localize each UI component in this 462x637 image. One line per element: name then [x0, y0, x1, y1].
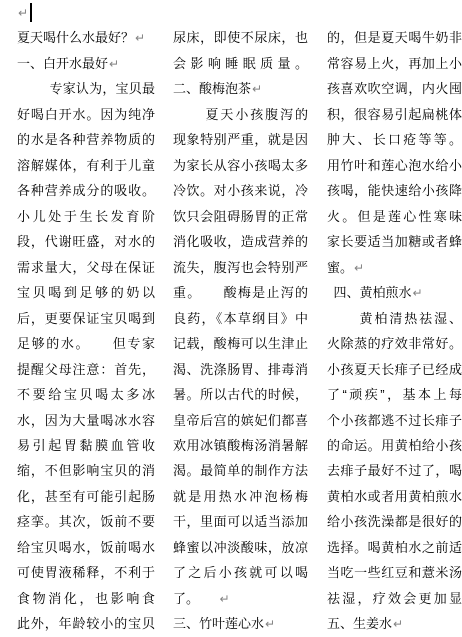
text-line[interactable]: 家长要适当加糖或者蜂	[327, 229, 462, 254]
text-line[interactable]	[173, 0, 308, 25]
text-line[interactable]: 化，甚至有可能引起肠	[17, 484, 155, 509]
text-line[interactable]: 段，代谢旺盛，对水的	[17, 229, 155, 254]
text-line[interactable]: 火除蒸的疗效非常好。	[327, 331, 462, 356]
line-text: 溶解媒体，有利于儿童	[17, 158, 155, 173]
text-line[interactable]: 宝贝喝到足够的奶以	[17, 280, 155, 305]
text-line[interactable]: 火。但是莲心性寒味苦，	[327, 204, 462, 229]
line-text: 蜂蜜以冲淡酸味，放凉	[173, 540, 308, 555]
text-line[interactable]: 重。 酸梅是止泻的	[173, 280, 308, 305]
line-text: 的，但是夏天喝牛奶非	[327, 30, 462, 45]
text-line[interactable]: 一、白开水最好↵	[17, 51, 155, 76]
line-text: 就是用热水冲泡杨梅	[173, 489, 308, 504]
text-line[interactable]: 黄柏清热祛湿、泻	[327, 306, 462, 331]
line-text: 了“顽疾”，基本上每	[327, 387, 462, 402]
line-text: 现象特别严重，就是因	[173, 132, 308, 147]
text-line[interactable]: 饮只会阻碍肠胃的正常	[173, 204, 308, 229]
line-text: 渴、洗涤肠胃、排毒消	[173, 362, 308, 377]
text-line[interactable]: 干，里面可以适当添加	[173, 509, 308, 534]
line-text: 一、白开水最好	[17, 56, 108, 71]
text-line[interactable]: 小儿处于生长发育阶	[17, 204, 155, 229]
line-text: 痉挛。其次，饭前不要	[17, 514, 155, 529]
line-text: 小儿处于生长发育阶	[17, 209, 155, 224]
paragraph-mark-icon: ↵	[18, 6, 28, 20]
line-text: 四、黄柏煎水	[334, 285, 412, 300]
text-line[interactable]: 常容易上火，再加上小	[327, 51, 462, 76]
paragraph-mark-icon: ↵	[354, 261, 364, 275]
line-text: 火除蒸的疗效非常好。	[327, 336, 462, 351]
text-line[interactable]: 足够的水。 但专家	[17, 331, 155, 356]
text-line[interactable]: 溶解媒体，有利于儿童	[17, 153, 155, 178]
line-text: 了之后小孩就可以喝	[173, 565, 308, 580]
text-line[interactable]: 选择。喝黄柏水之前适	[327, 535, 462, 560]
line-text: 水，因为大量喝冰水容	[17, 413, 155, 428]
text-line[interactable]: 个小孩都逃不过长痱子	[327, 408, 462, 433]
text-line[interactable]: 三、竹叶莲心水↵	[173, 611, 308, 636]
text-line[interactable]: 专家认为，宝贝最	[17, 76, 155, 101]
line-text: 个小孩都逃不过长痱子	[327, 413, 462, 428]
text-line[interactable]: 的水是各种营养物质的	[17, 127, 155, 152]
text-line[interactable]: 皇帝后宫的嫔妃们都喜	[173, 408, 308, 433]
text-line[interactable]: 去痱子最好不过了，喝	[327, 458, 462, 483]
text-line[interactable]: 孩喜欢吹空调，内火囤	[327, 76, 462, 101]
line-text: 不要给宝贝喝太多冰	[17, 387, 155, 402]
text-line[interactable]: 会影响睡眠质量。	[173, 51, 308, 76]
text-line[interactable]: 后，更要保证宝贝喝到	[17, 306, 155, 331]
line-text: 肿大、长口疮等等。	[327, 132, 462, 147]
line-text: 记载，酸梅可以生津止	[173, 336, 308, 351]
line-text: 各种营养成分的吸收。	[17, 183, 155, 198]
line-text: 化，甚至有可能引起肠	[17, 489, 155, 504]
line-text: 黄柏清热祛湿、泻	[360, 311, 462, 331]
line-text: 宝贝喝到足够的奶以	[17, 285, 155, 300]
text-line[interactable]: 五、生姜水↵	[327, 611, 462, 636]
text-line[interactable]: 好喝白开水。因为纯净	[17, 102, 155, 127]
line-text: 可使胃液稀释，不利于	[17, 565, 155, 580]
text-line[interactable]: 各种营养成分的吸收。	[17, 178, 155, 203]
paragraph-mark-icon: ↵	[393, 617, 403, 631]
paragraph-mark-icon: ↵	[413, 286, 423, 300]
text-line[interactable]: 为家长从容小孩喝太多	[173, 153, 308, 178]
text-line[interactable]: 欢用冰镇酸梅汤消暑解	[173, 433, 308, 458]
line-text: 祛湿，疗效会更加显著。	[327, 591, 462, 611]
text-line[interactable]: 尿床，即使不尿床，也	[173, 25, 308, 50]
text-line[interactable]: 渴。最简单的制作方法	[173, 458, 308, 483]
text-line[interactable]: 了。 ↵	[173, 586, 308, 611]
text-line[interactable]: 需求量大，父母在保证	[17, 255, 155, 280]
line-text: 孩喜欢吹空调，内火囤	[327, 81, 462, 96]
line-text: 尿床，即使不尿床，也	[173, 30, 308, 45]
text-line[interactable]: 不要给宝贝喝太多冰	[17, 382, 155, 407]
line-text: 会影响睡眠质量。	[173, 56, 308, 71]
line-text: 积，很容易引起扁桃体	[327, 107, 462, 122]
line-text: 夏天喝什么水最好？	[17, 30, 134, 45]
line-text: 常容易上火，再加上小	[327, 56, 462, 71]
text-line[interactable]: 消化吸收，造成营养的	[173, 229, 308, 254]
line-text: 段，代谢旺盛，对水的	[17, 234, 155, 249]
paragraph-mark-icon: ↵	[109, 57, 119, 71]
paragraph-mark-icon: ↵	[135, 31, 145, 45]
line-text: 干，里面可以适当添加	[173, 514, 308, 529]
line-text: 三、竹叶莲心水	[173, 616, 264, 631]
line-text: 易引起胃黏膜血管收	[17, 438, 155, 453]
line-text: 消化吸收，造成营养的	[173, 234, 308, 249]
text-line[interactable]: 痉挛。其次，饭前不要	[17, 509, 155, 534]
text-line[interactable]: 当吃一些红豆和薏米汤	[327, 560, 462, 585]
text-line[interactable]: 易引起胃黏膜血管收	[17, 433, 155, 458]
line-text: 重。 酸梅是止泻的	[173, 285, 308, 300]
line-text: 缩，不但影响宝贝的消	[17, 463, 155, 478]
paragraph-mark-icon: ↵	[265, 617, 275, 631]
line-text: 流失，腹泻也会特别严	[173, 260, 308, 275]
text-line[interactable]: 流失，腹泻也会特别严	[173, 255, 308, 280]
text-line[interactable]: 二、酸梅泡茶↵	[173, 76, 308, 101]
text-line[interactable]: 黄柏水或者用黄柏煎水	[327, 484, 462, 509]
text-line[interactable]: 就是用热水冲泡杨梅	[173, 484, 308, 509]
text-line[interactable]: 夏天小孩腹泻的	[173, 102, 308, 127]
text-line[interactable]: 现象特别严重，就是因	[173, 127, 308, 152]
text-line[interactable]: 了之后小孩就可以喝	[173, 560, 308, 585]
text-line[interactable]: 水，因为大量喝冰水容	[17, 408, 155, 433]
line-text: 的水是各种营养物质的	[17, 132, 155, 147]
text-line[interactable]: 四、黄柏煎水↵	[327, 280, 462, 305]
text-line[interactable]: 的，但是夏天喝牛奶非	[327, 25, 462, 50]
text-line[interactable]: 良药，《本草纲目》中有	[173, 306, 308, 331]
line-text: 家长要适当加糖或者蜂	[327, 234, 462, 249]
line-text: 好喝白开水。因为纯净	[17, 107, 155, 122]
line-text: 小孩夏天长痱子已经成	[327, 362, 462, 377]
text-line[interactable]: 蜂蜜以冲淡酸味，放凉	[173, 535, 308, 560]
line-text: 皇帝后宫的嫔妃们都喜	[173, 413, 308, 428]
text-line[interactable]: 冷饮。对小孩来说，冷	[173, 178, 308, 203]
text-line[interactable]: 食物消化，也影响食欲。	[17, 586, 155, 611]
text-line[interactable]: 了“顽疾”，基本上每	[327, 382, 462, 407]
line-text: 当吃一些红豆和薏米汤	[327, 565, 462, 580]
line-text: 后，更要保证宝贝喝到	[17, 311, 155, 326]
line-text: 欢用冰镇酸梅汤消暑解	[173, 438, 308, 453]
line-text: 给宝贝喝水，饭前喝水	[17, 540, 155, 555]
text-line[interactable]: 小孩夏天长痱子已经成	[327, 357, 462, 382]
paragraph-mark-icon: ↵	[220, 592, 230, 606]
line-text: 此外，年龄较小的宝贝	[17, 616, 155, 631]
line-text: 暑。所以古代的时候，	[173, 387, 308, 402]
text-line[interactable]: 的命运。用黄柏给小孩	[327, 433, 462, 458]
paragraph-mark-icon: ↵	[252, 82, 262, 96]
text-line[interactable]: 祛湿，疗效会更加显著。	[327, 586, 462, 611]
text-line[interactable]: 用竹叶和莲心泡水给小	[327, 153, 462, 178]
line-text: 夏天小孩腹泻的	[206, 107, 309, 122]
text-column-2[interactable]: 尿床，即使不尿床，也会影响睡眠质量。二、酸梅泡茶↵夏天小孩腹泻的现象特别严重，就…	[173, 0, 308, 637]
text-line[interactable]: 缩，不但影响宝贝的消	[17, 458, 155, 483]
text-line[interactable]: 暑。所以古代的时候，	[173, 382, 308, 407]
text-line[interactable]: 肿大、长口疮等等。	[327, 127, 462, 152]
text-line[interactable]: 渴、洗涤肠胃、排毒消	[173, 357, 308, 382]
line-text: 二、酸梅泡茶	[173, 81, 251, 96]
line-text: 孩喝，能快速给小孩降	[327, 183, 462, 198]
line-text: 黄柏水或者用黄柏煎水	[327, 489, 462, 504]
line-text: 给小孩洗澡都是很好的	[327, 514, 462, 529]
line-text: 火。但是莲心性寒味苦，	[327, 209, 462, 229]
text-line[interactable]: 可使胃液稀释，不利于	[17, 560, 155, 585]
text-line[interactable]: 给小孩洗澡都是很好的	[327, 509, 462, 534]
line-text: 冷饮。对小孩来说，冷	[173, 183, 308, 198]
line-text: 足够的水。 但专家	[17, 336, 155, 351]
document-page[interactable]: ↵夏天喝什么水最好？↵一、白开水最好↵专家认为，宝贝最好喝白开水。因为纯净的水是…	[0, 0, 462, 637]
line-text: 食物消化，也影响食欲。	[17, 591, 155, 611]
text-column-1[interactable]: ↵夏天喝什么水最好？↵一、白开水最好↵专家认为，宝贝最好喝白开水。因为纯净的水是…	[17, 0, 155, 637]
line-text: 良药，《本草纲目》中有	[173, 311, 308, 331]
line-text: 了。	[173, 591, 219, 606]
text-line[interactable]: 提醒父母注意：首先，	[17, 357, 155, 382]
text-line[interactable]: 记载，酸梅可以生津止	[173, 331, 308, 356]
text-line[interactable]: 给宝贝喝水，饭前喝水	[17, 535, 155, 560]
line-text: 饮只会阻碍肠胃的正常	[173, 209, 308, 224]
text-column-3[interactable]: 的，但是夏天喝牛奶非常容易上火，再加上小孩喜欢吹空调，内火囤积，很容易引起扁桃体…	[327, 0, 462, 637]
line-text: 去痱子最好不过了，喝	[327, 463, 462, 478]
text-line[interactable]: ↵	[17, 0, 155, 25]
line-text: 专家认为，宝贝最	[50, 81, 156, 96]
text-line[interactable]: 积，很容易引起扁桃体	[327, 102, 462, 127]
line-text: 选择。喝黄柏水之前适	[327, 540, 462, 555]
text-line[interactable]: 孩喝，能快速给小孩降	[327, 178, 462, 203]
line-text: 提醒父母注意：首先，	[17, 362, 155, 377]
line-text: 蜜。	[327, 260, 353, 275]
line-text: 需求量大，父母在保证	[17, 260, 155, 275]
text-line[interactable]: 蜜。↵	[327, 255, 462, 280]
line-text: 用竹叶和莲心泡水给小	[327, 158, 462, 173]
text-line[interactable]: 此外，年龄较小的宝贝	[17, 611, 155, 636]
line-text: 的命运。用黄柏给小孩	[327, 438, 462, 453]
text-line[interactable]	[327, 0, 462, 25]
line-text: 五、生姜水	[327, 616, 392, 631]
text-line[interactable]: 夏天喝什么水最好？↵	[17, 25, 155, 50]
line-text: 为家长从容小孩喝太多	[173, 158, 308, 173]
line-text: 渴。最简单的制作方法	[173, 463, 308, 478]
